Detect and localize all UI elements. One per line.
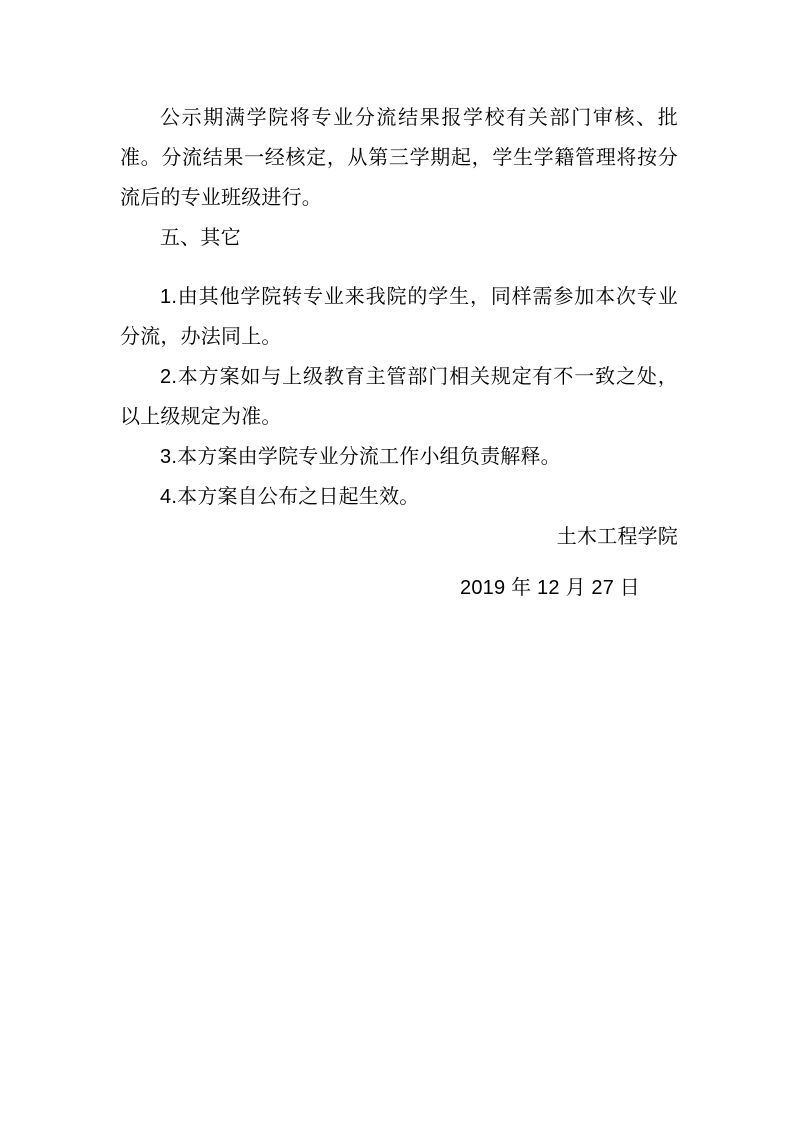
signature-date: 2019 年 12 月 27 日 xyxy=(120,568,678,608)
signature-college-name: 土木工程学院 xyxy=(120,517,678,557)
document-page: 公示期满学院将专业分流结果报学校有关部门审核、批准。分流结果一经核定，从第三学期… xyxy=(0,0,794,1123)
document-content: 公示期满学院将专业分流结果报学校有关部门审核、批准。分流结果一经核定，从第三学期… xyxy=(120,98,678,608)
list-item-1: 1.由其他学院转专业来我院的学生，同样需参加本次专业分流，办法同上。 xyxy=(120,277,678,357)
section-heading-five-other: 五、其它 xyxy=(120,218,678,258)
list-item-3: 3.本方案由学院专业分流工作小组负责解释。 xyxy=(120,437,678,477)
list-item-4: 4.本方案自公布之日起生效。 xyxy=(120,477,678,517)
list-item-2: 2.本方案如与上级教育主管部门相关规定有不一致之处，以上级规定为准。 xyxy=(120,357,678,437)
paragraph-public-notice-approval: 公示期满学院将专业分流结果报学校有关部门审核、批准。分流结果一经核定，从第三学期… xyxy=(120,98,678,218)
